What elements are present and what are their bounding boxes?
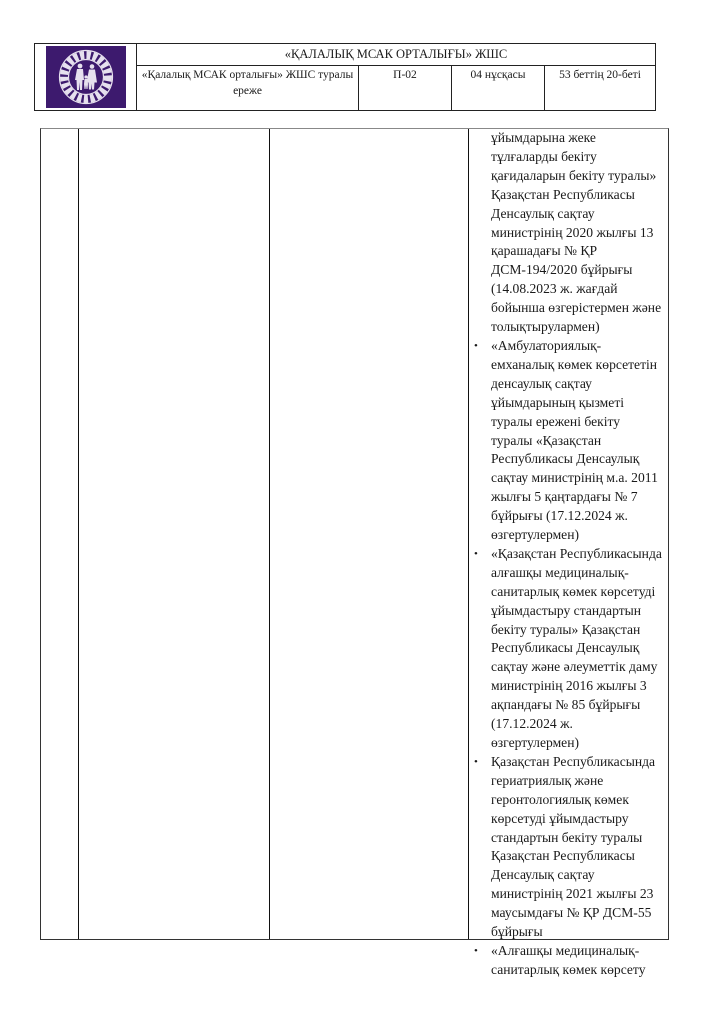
bullet-icon: • xyxy=(474,337,478,356)
document-code: П-02 xyxy=(359,65,452,110)
list-item-text: «Алғашқы медициналық-санитарлық көмек кө… xyxy=(491,943,646,977)
logo-cell xyxy=(35,44,137,110)
document-version: 04 нұсқасы xyxy=(452,65,545,110)
organization-logo xyxy=(46,46,126,108)
regulation-table: ұйымдарына жеке тұлғаларды бекіту қағида… xyxy=(40,128,669,940)
list-item: • «Амбулаториялық-емханалық көмек көрсет… xyxy=(476,337,664,545)
organization-title: «ҚАЛАЛЫҚ МСАК ОРТАЛЫҒЫ» ЖШС xyxy=(137,44,655,66)
table-column-number xyxy=(41,129,79,939)
bullet-icon: • xyxy=(474,753,478,772)
list-item-text: «Амбулаториялық-емханалық көмек көрсетет… xyxy=(491,338,658,542)
continued-reference-text: ұйымдарына жеке тұлғаларды бекіту қағида… xyxy=(476,129,664,337)
document-name: «Қалалық МСАК орталығы» ЖШС туралы ереже xyxy=(137,65,359,110)
document-header: «ҚАЛАЛЫҚ МСАК ОРТАЛЫҒЫ» ЖШС «Қалалық МСА… xyxy=(34,43,656,111)
family-circle-logo-icon xyxy=(56,48,116,106)
bullet-icon: • xyxy=(474,545,478,564)
list-item-text: Қазақстан Республикасында гериатриялық ж… xyxy=(491,754,655,939)
list-item-text: «Қазақстан Республикасында алғашқы медиц… xyxy=(491,546,662,750)
page-info: 53 беттің 20-беті xyxy=(545,65,655,110)
table-column-legal-references: ұйымдарына жеке тұлғаларды бекіту қағида… xyxy=(468,129,668,939)
list-item: • «Қазақстан Республикасында алғашқы мед… xyxy=(476,545,664,753)
list-item: • Қазақстан Республикасында гериатриялық… xyxy=(476,753,664,942)
bullet-icon: • xyxy=(474,942,478,961)
legal-references-content: ұйымдарына жеке тұлғаларды бекіту қағида… xyxy=(476,129,664,980)
table-column-3 xyxy=(269,129,469,939)
table-column-2 xyxy=(78,129,270,939)
list-item: • «Алғашқы медициналық-санитарлық көмек … xyxy=(476,942,664,980)
